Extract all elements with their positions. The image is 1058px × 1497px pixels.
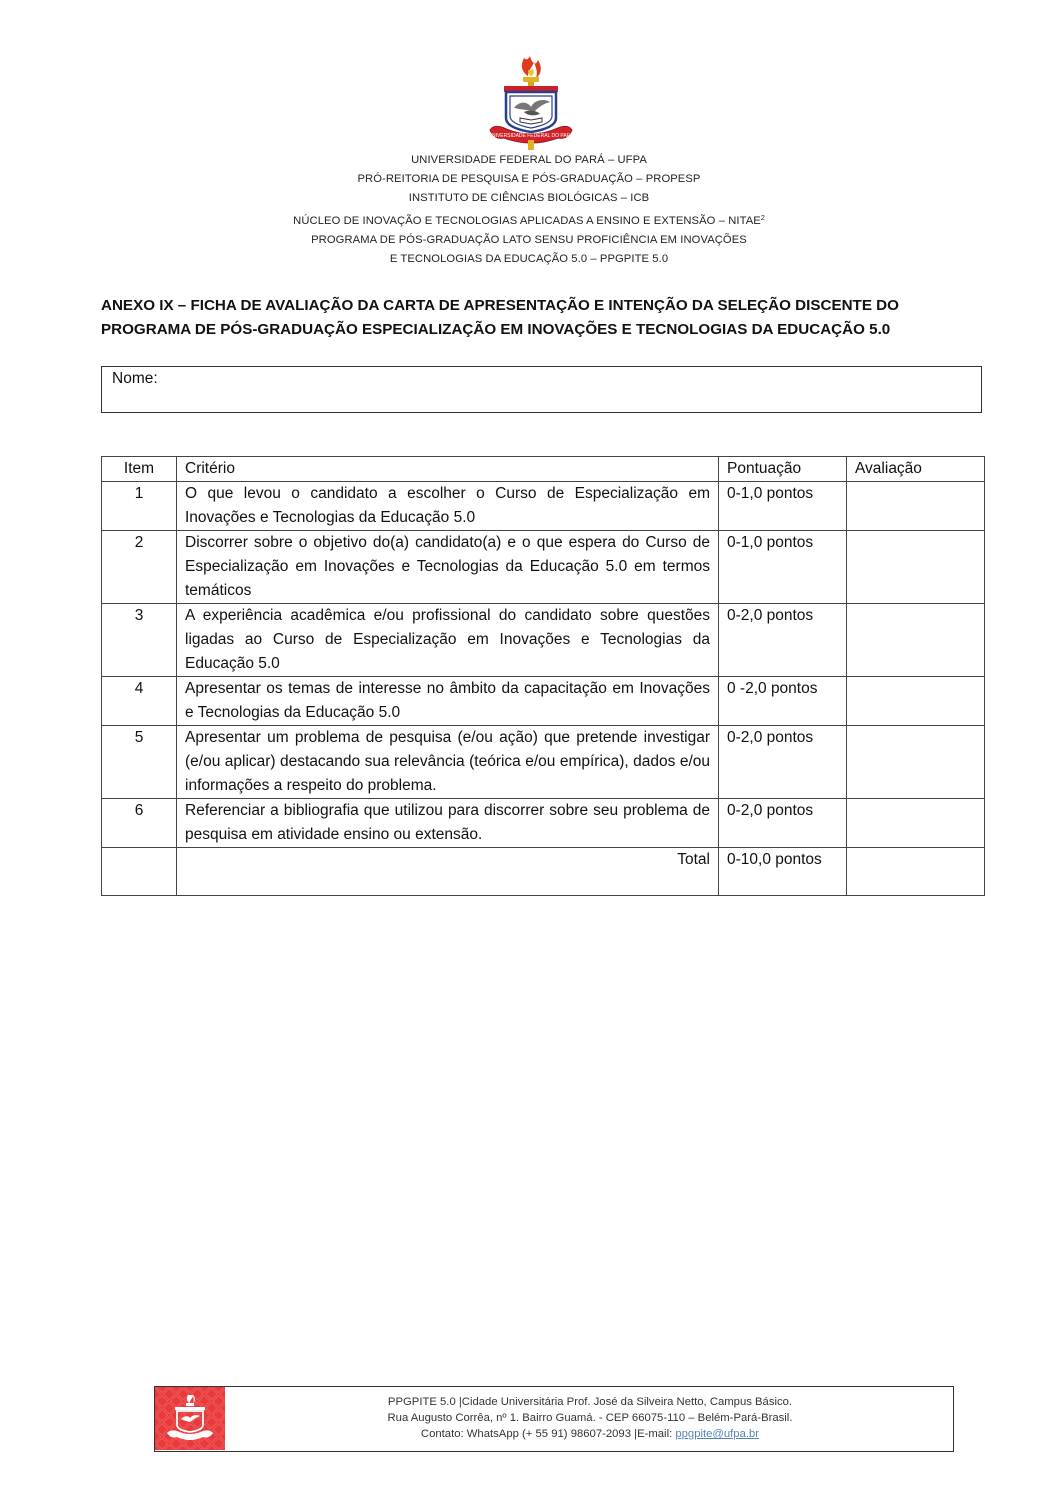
nitae-superscript: 2 xyxy=(761,215,765,222)
item-number: 5 xyxy=(102,726,177,799)
table-total-row: Total 0-10,0 pontos xyxy=(102,848,985,896)
footer-contact: PPGPITE 5.0 |Cidade Universitária Prof. … xyxy=(227,1394,953,1443)
evaluation-cell[interactable] xyxy=(847,604,985,677)
header-line-program: PROGRAMA DE PÓS-GRADUAÇÃO LATO SENSU PRO… xyxy=(0,231,1058,250)
table-row: 1 O que levou o candidato a escolher o C… xyxy=(102,482,985,531)
name-field-label: Nome: xyxy=(112,370,158,388)
total-item-cell xyxy=(102,848,177,896)
ufpa-crest-icon: UNIVERSIDADE FEDERAL DO PARÁ xyxy=(484,52,576,152)
header-line-university: UNIVERSIDADE FEDERAL DO PARÁ – UFPA xyxy=(0,151,1058,170)
title-line-1: ANEXO IX – FICHA DE AVALIAÇÃO DA CARTA D… xyxy=(101,294,981,318)
criterion-text: Referenciar a bibliografia que utilizou … xyxy=(177,799,719,848)
score-range: 0 -2,0 pontos xyxy=(719,677,847,726)
header-line-program-2: E TECNOLOGIAS DA EDUCAÇÃO 5.0 – PPGPITE … xyxy=(0,250,1058,269)
ufpa-logo: UNIVERSIDADE FEDERAL DO PARÁ xyxy=(484,52,576,152)
footer-line-address: PPGPITE 5.0 |Cidade Universitária Prof. … xyxy=(227,1394,953,1410)
score-range: 0-2,0 pontos xyxy=(719,799,847,848)
item-number: 4 xyxy=(102,677,177,726)
email-link[interactable]: ppgpite@ufpa.br xyxy=(675,1428,759,1440)
header-line-propesp: PRÓ-REITORIA DE PESQUISA E PÓS-GRADUAÇÃO… xyxy=(0,170,1058,189)
item-number: 3 xyxy=(102,604,177,677)
evaluation-cell[interactable] xyxy=(847,531,985,604)
evaluation-cell[interactable] xyxy=(847,482,985,531)
evaluation-cell[interactable] xyxy=(847,677,985,726)
total-evaluation-cell[interactable] xyxy=(847,848,985,896)
criterion-text: O que levou o candidato a escolher o Cur… xyxy=(177,482,719,531)
score-range: 0-1,0 pontos xyxy=(719,531,847,604)
footer-line-street: Rua Augusto Corrêa, nº 1. Bairro Guamá. … xyxy=(227,1410,953,1426)
item-number: 1 xyxy=(102,482,177,531)
item-number: 2 xyxy=(102,531,177,604)
criterion-text: A experiência acadêmica e/ou profissiona… xyxy=(177,604,719,677)
column-header-criterio: Critério xyxy=(177,457,719,482)
header-line-nitae: NÚCLEO DE INOVAÇÃO E TECNOLOGIAS APLICAD… xyxy=(0,209,1058,231)
total-score-range: 0-10,0 pontos xyxy=(719,848,847,896)
document-title: ANEXO IX – FICHA DE AVALIAÇÃO DA CARTA D… xyxy=(101,294,981,342)
institution-header: UNIVERSIDADE FEDERAL DO PARÁ – UFPA PRÓ-… xyxy=(0,151,1058,269)
total-label: Total xyxy=(177,848,719,896)
column-header-item: Item xyxy=(102,457,177,482)
criterion-text: Apresentar um problema de pesquisa (e/ou… xyxy=(177,726,719,799)
table-row: 6 Referenciar a bibliografia que utilizo… xyxy=(102,799,985,848)
table-row: 4 Apresentar os temas de interesse no âm… xyxy=(102,677,985,726)
footer-logo xyxy=(155,1387,225,1450)
svg-text:UNIVERSIDADE FEDERAL DO PARÁ: UNIVERSIDADE FEDERAL DO PARÁ xyxy=(488,132,574,139)
criterion-text: Discorrer sobre o objetivo do(a) candida… xyxy=(177,531,719,604)
criterion-text: Apresentar os temas de interesse no âmbi… xyxy=(177,677,719,726)
name-field[interactable]: Nome: xyxy=(101,366,982,413)
score-range: 0-1,0 pontos xyxy=(719,482,847,531)
header-line-icb: INSTITUTO DE CIÊNCIAS BIOLÓGICAS – ICB xyxy=(0,189,1058,208)
page-footer: PPGPITE 5.0 |Cidade Universitária Prof. … xyxy=(154,1386,954,1452)
evaluation-table: Item Critério Pontuação Avaliação 1 O qu… xyxy=(101,456,985,896)
title-line-2: PROGRAMA DE PÓS-GRADUAÇÃO ESPECIALIZAÇÃO… xyxy=(101,318,981,342)
table-row: 5 Apresentar um problema de pesquisa (e/… xyxy=(102,726,985,799)
table-row: 3 A experiência acadêmica e/ou profissio… xyxy=(102,604,985,677)
table-row: 2 Discorrer sobre o objetivo do(a) candi… xyxy=(102,531,985,604)
evaluation-cell[interactable] xyxy=(847,726,985,799)
column-header-pontuacao: Pontuação xyxy=(719,457,847,482)
column-header-avaliacao: Avaliação xyxy=(847,457,985,482)
score-range: 0-2,0 pontos xyxy=(719,726,847,799)
footer-line-contact: Contato: WhatsApp (+ 55 91) 98607-2093 |… xyxy=(227,1426,953,1442)
ufpa-crest-white-icon xyxy=(155,1387,225,1450)
table-header-row: Item Critério Pontuação Avaliação xyxy=(102,457,985,482)
score-range: 0-2,0 pontos xyxy=(719,604,847,677)
evaluation-cell[interactable] xyxy=(847,799,985,848)
item-number: 6 xyxy=(102,799,177,848)
